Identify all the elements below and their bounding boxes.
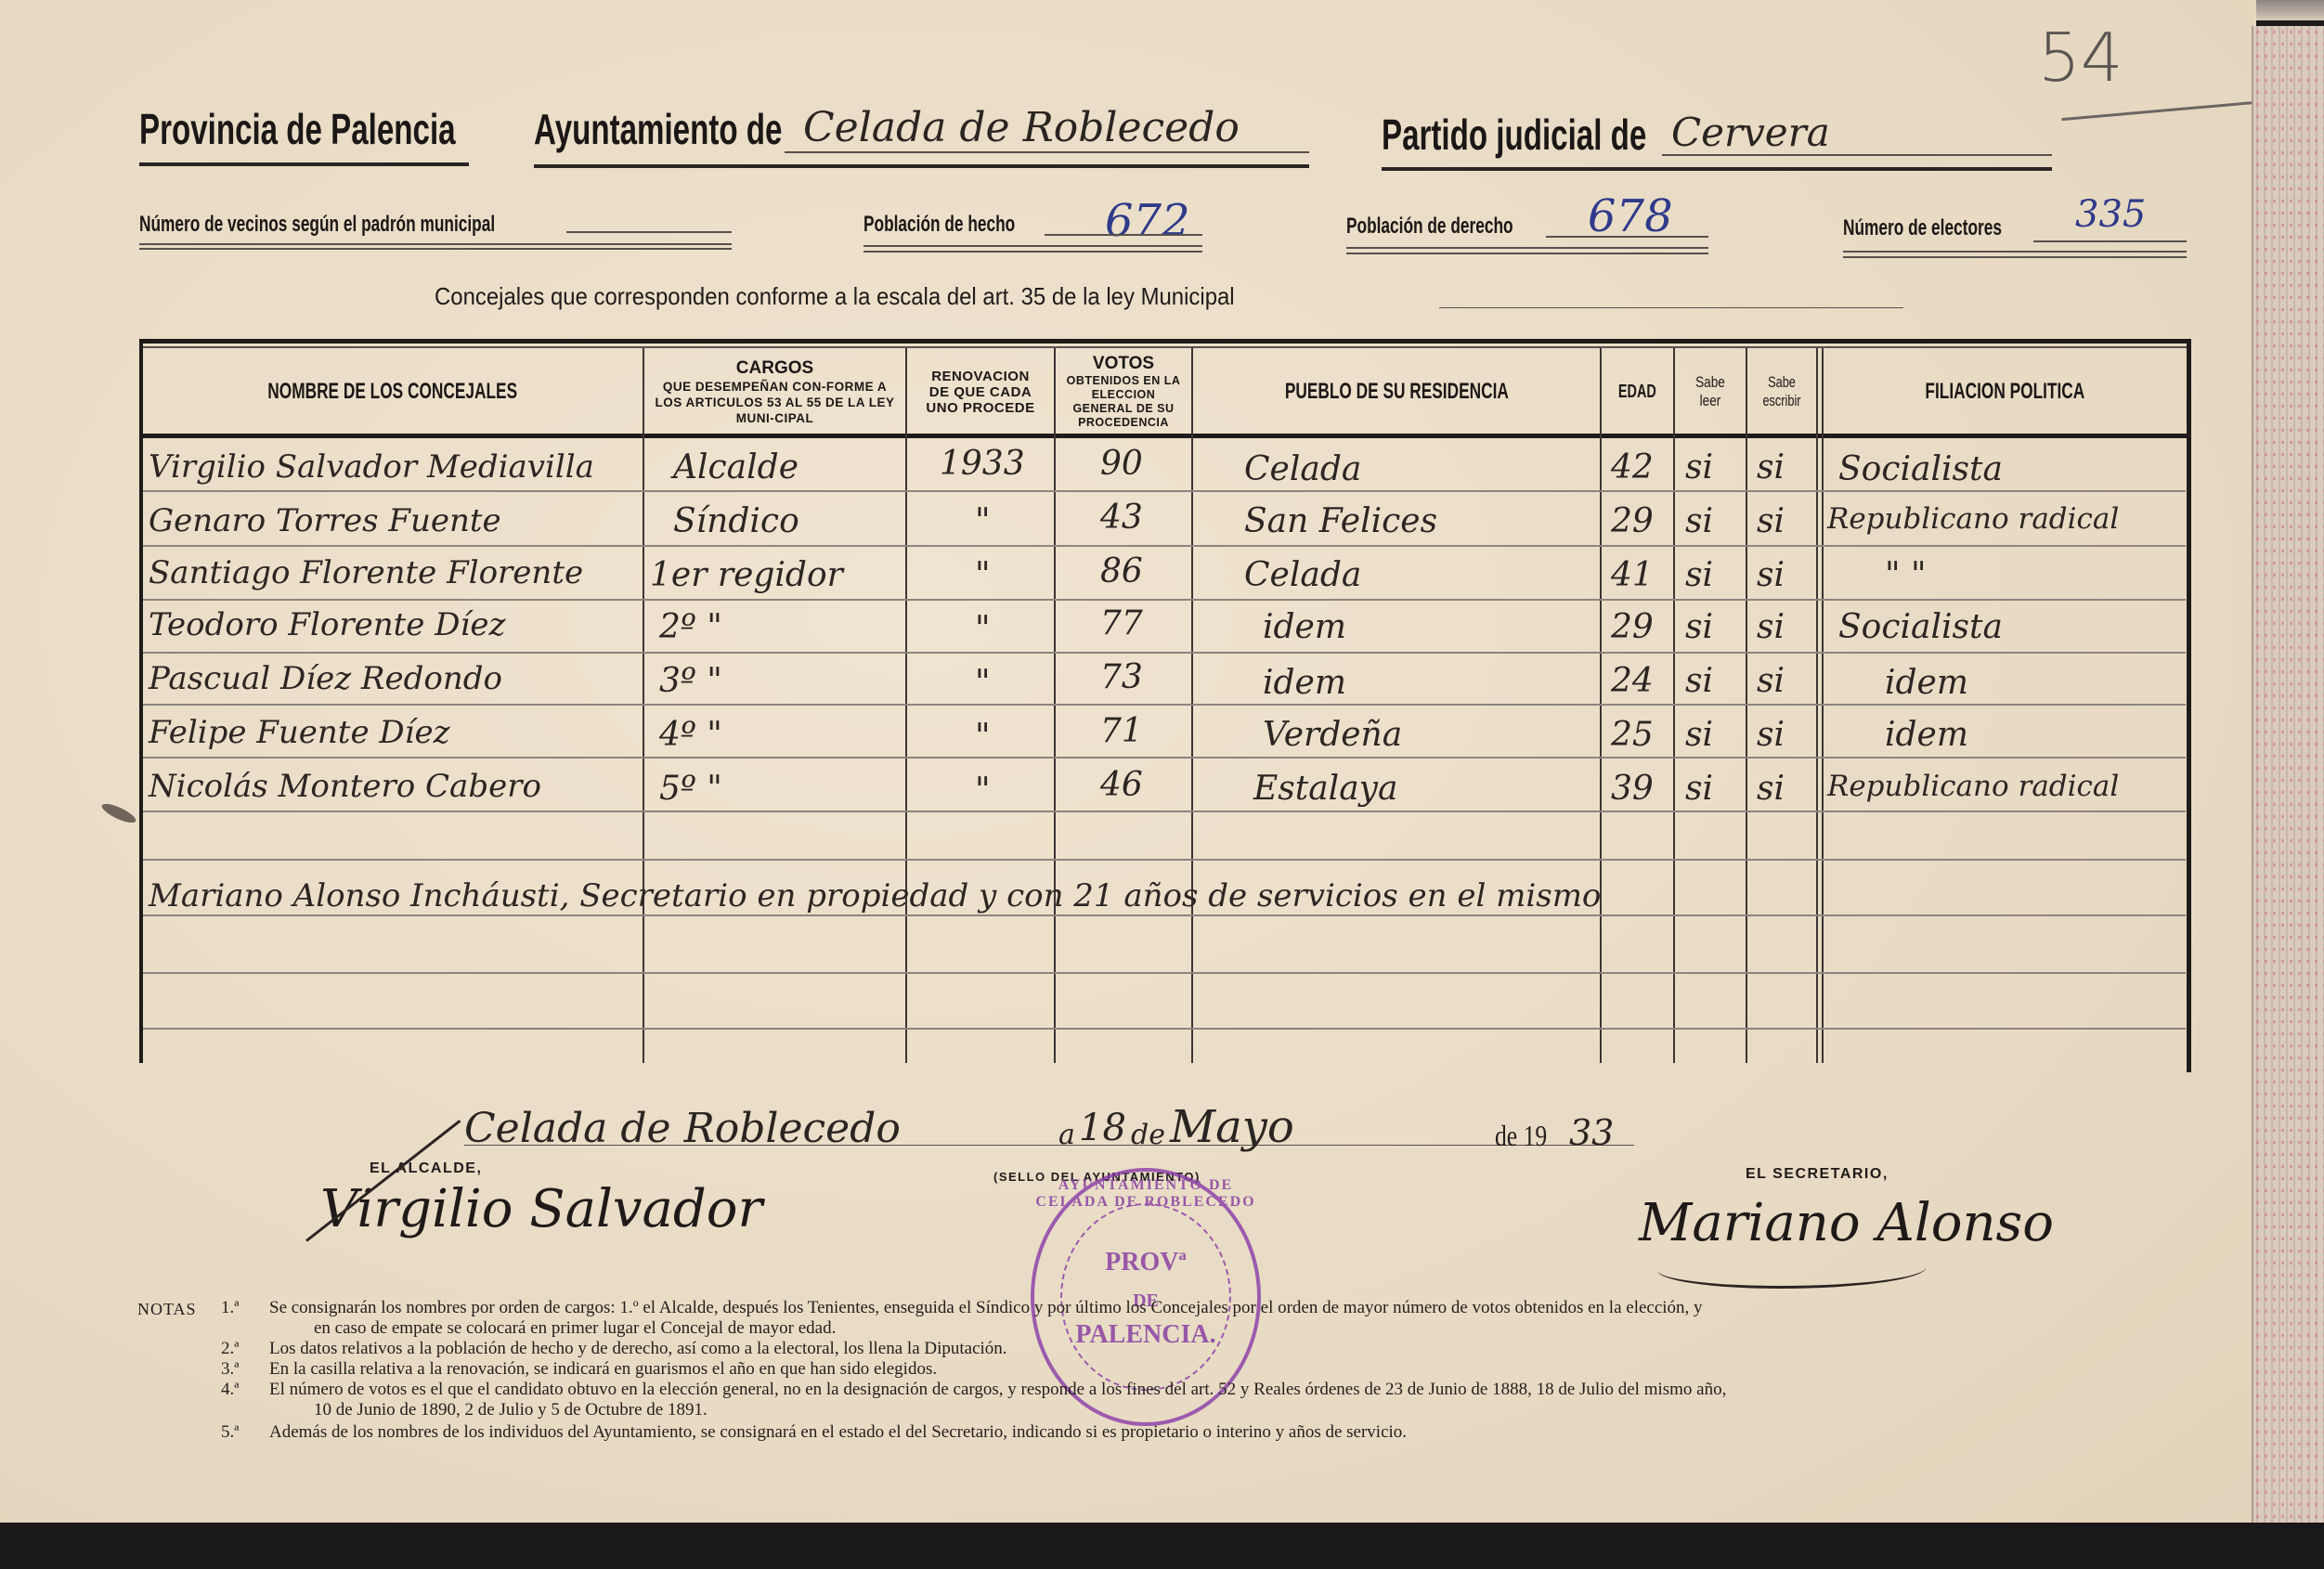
cell-pueblo: Verdeña (1263, 716, 1402, 754)
cell-edad: 29 (1611, 608, 1654, 646)
header-edad: EDAD (1602, 350, 1673, 434)
note-2-text: Los datos relativos a la población de he… (269, 1339, 1007, 1359)
row-rule (143, 652, 2186, 654)
cell-leer: si (1685, 608, 1713, 646)
document-page: 54 Provincia de Palencia Ayuntamiento de… (0, 0, 2256, 1532)
footer-year-suffix: 33 (1569, 1112, 1614, 1153)
cell-votos: 46 (1100, 766, 1143, 804)
vecinos-underline-2 (139, 248, 732, 250)
partido-value: Cervera (1671, 110, 1830, 155)
alcalde-label: EL ALCALDE, (370, 1161, 482, 1177)
table-top-border-2 (139, 346, 2191, 348)
cell-escribir: si (1757, 770, 1785, 808)
cell-votos: 43 (1100, 499, 1143, 537)
cell-renovacion: " (975, 556, 991, 594)
row-rule (143, 1028, 2186, 1030)
cell-nombre: Virgilio Salvador Mediavilla (149, 448, 594, 486)
note-4-num: 4.ª (221, 1380, 240, 1400)
ayuntamiento-value: Celada de Roblecedo (803, 104, 1240, 151)
cell-renovacion: " (975, 502, 991, 540)
partido-underline (1382, 167, 2052, 171)
cell-nombre: Genaro Torres Fuente (149, 502, 501, 539)
row-rule (143, 599, 2186, 601)
electores-underline-2 (1843, 256, 2187, 258)
derecho-field (1546, 236, 1708, 238)
cell-cargo: Alcalde (673, 448, 798, 486)
cell-edad: 42 (1611, 448, 1654, 486)
cell-nombre: Teodoro Florente Díez (149, 606, 505, 643)
col-sep (1673, 348, 1675, 1063)
row-rule (143, 545, 2186, 547)
note-4-text: El número de votos es el que el candidat… (269, 1380, 1726, 1400)
cell-leer: si (1685, 716, 1713, 754)
col-sep (643, 348, 644, 1063)
col-sep (1191, 348, 1193, 1063)
header-pueblo: PUEBLO DE SU RESIDENCIA (1193, 350, 1600, 434)
header-escribir-text: Sabe escribir (1761, 373, 1803, 410)
ayuntamiento-field-line (785, 151, 1309, 153)
cell-votos: 71 (1100, 712, 1143, 750)
footer-date-line (464, 1145, 1634, 1146)
ayuntamiento-label: Ayuntamiento de (534, 104, 782, 154)
cell-renovacion: 1933 (940, 445, 1025, 483)
cell-nombre: Santiago Florente Florente (149, 554, 583, 591)
note-2-num: 2.ª (221, 1339, 240, 1359)
cell-nombre: Pascual Díez Redondo (149, 660, 502, 697)
note-3-num: 3.ª (221, 1359, 240, 1380)
col-sep (1600, 348, 1602, 1063)
cell-escribir: si (1757, 448, 1785, 486)
cell-filiacion: idem (1885, 716, 1968, 754)
cell-escribir: si (1757, 556, 1785, 594)
cell-renovacion: " (975, 772, 991, 810)
cell-pueblo: idem (1263, 608, 1346, 646)
header-renovacion: RENOVACION DE QUE CADA UNO PROCEDE (907, 350, 1054, 434)
col-sep (1746, 348, 1747, 1063)
cell-cargo: 1er regidor (650, 556, 843, 594)
cell-filiacion: Republicano radical (1827, 770, 2119, 803)
footer-de: de (1131, 1119, 1165, 1151)
book-page-edges (2252, 26, 2324, 1549)
alcalde-signature: Virgilio Salvador (320, 1179, 762, 1239)
header-votos-sub: OBTENIDOS EN LA ELECCION GENERAL DE SU P… (1063, 374, 1184, 430)
note-4-cont: 10 de Junio de 1890, 2 de Julio y 5 de O… (314, 1400, 708, 1420)
header-votos: VOTOS OBTENIDOS EN LA ELECCION GENERAL D… (1056, 350, 1191, 434)
page-number: 54 (2038, 19, 2123, 97)
cell-filiacion: Socialista (1838, 450, 2003, 488)
note-5-num: 5.ª (221, 1422, 240, 1443)
table-right-border (2187, 339, 2191, 1072)
hecho-underline-2 (863, 251, 1202, 253)
cell-filiacion: Socialista (1838, 608, 2003, 646)
cell-nombre: Nicolás Montero Cabero (149, 768, 541, 805)
row-rule (143, 757, 2186, 759)
derecho-underline-2 (1346, 253, 1708, 254)
cell-filiacion: idem (1885, 664, 1968, 702)
ink-blot (99, 800, 137, 826)
cell-pueblo: Celada (1244, 556, 1361, 594)
cell-edad: 29 (1611, 502, 1654, 540)
cell-leer: si (1685, 448, 1713, 486)
footer-day: 18 (1079, 1107, 1126, 1149)
cell-pueblo: Celada (1244, 450, 1361, 488)
header-nombre-text: NOMBRE DE LOS CONCEJALES (268, 379, 518, 405)
concejales-field-line (1439, 307, 1903, 308)
row-rule (143, 972, 2186, 974)
cell-cargo: 5º " (659, 770, 722, 808)
footer-a: a (1058, 1119, 1075, 1151)
header-leer: Sabe leer (1675, 350, 1746, 434)
cell-escribir: si (1757, 502, 1785, 540)
hecho-field (1045, 234, 1202, 236)
cell-filiacion: Republicano radical (1827, 502, 2119, 536)
header-nombre: NOMBRE DE LOS CONCEJALES (143, 350, 643, 434)
scan-background (0, 1523, 2324, 1569)
concejales-table: NOMBRE DE LOS CONCEJALES CARGOS QUE DESE… (139, 339, 2191, 1068)
electores-label: Número de electores (1843, 215, 2002, 241)
col-sep (1816, 348, 1818, 1063)
cell-cargo: Síndico (673, 502, 799, 540)
provincia-title: Provincia de Palencia (139, 104, 456, 154)
row-rule (143, 810, 2186, 812)
concejales-heading: Concejales que corresponden conforme a l… (435, 282, 1235, 311)
table-header-border (139, 434, 2191, 438)
footer-year-prefix: de 19 (1495, 1119, 1547, 1153)
header-escribir: Sabe escribir (1747, 350, 1816, 434)
stamp-line3: PALENCIA. (1034, 1320, 1257, 1350)
ayuntamiento-underline (534, 164, 1309, 168)
partido-field-line (1662, 154, 2052, 156)
row-rule (143, 914, 2186, 916)
cell-votos: 90 (1100, 445, 1143, 483)
electores-field (2033, 240, 2187, 242)
header-votos-title: VOTOS (1093, 354, 1154, 374)
stamp-line1: PROVª (1034, 1248, 1257, 1277)
row-rule (143, 859, 2186, 861)
header-renovacion-text: RENOVACION DE QUE CADA UNO PROCEDE (920, 369, 1041, 416)
cell-cargo: 3º " (659, 662, 722, 700)
cell-escribir: si (1757, 662, 1785, 700)
table-left-border (139, 339, 143, 1063)
hecho-label: Población de hecho (863, 212, 1015, 238)
cell-cargo: 2º " (659, 608, 722, 646)
secretario-signature: Mariano Alonso (1639, 1193, 2054, 1253)
cell-leer: si (1685, 556, 1713, 594)
cell-leer: si (1685, 662, 1713, 700)
cell-pueblo: San Felices (1244, 502, 1437, 540)
secretario-flourish (1657, 1249, 1927, 1289)
note-5-text: Además de los nombres de los individuos … (269, 1422, 1407, 1443)
note-1-cont: en caso de empate se colocará en primer … (314, 1318, 836, 1339)
cell-edad: 39 (1611, 770, 1654, 808)
cell-escribir: si (1757, 608, 1785, 646)
derecho-value: 678 (1588, 190, 1673, 242)
footer-month: Mayo (1170, 1101, 1294, 1153)
derecho-label: Población de derecho (1346, 214, 1513, 240)
cell-pueblo: idem (1263, 664, 1346, 702)
cell-votos: 86 (1100, 552, 1143, 590)
note-3-text: En la casilla relativa a la renovación, … (269, 1359, 937, 1380)
row-rule (143, 704, 2186, 706)
header-edad-text: EDAD (1618, 382, 1656, 403)
hecho-value: 672 (1105, 195, 1190, 247)
col-sep (905, 348, 907, 1063)
header-leer-text: Sabe leer (1692, 373, 1729, 410)
cell-leer: si (1685, 502, 1713, 540)
cell-edad: 24 (1611, 662, 1654, 700)
cell-renovacion: " (975, 718, 991, 756)
electores-value: 335 (2075, 193, 2146, 236)
page-number-stroke (2061, 101, 2255, 121)
header-filiacion-text: FILIACION POLITICA (1925, 379, 2084, 405)
note-1-num: 1.ª (221, 1298, 240, 1318)
cell-pueblo: Estalaya (1253, 770, 1397, 808)
cell-edad: 25 (1611, 716, 1654, 754)
header-cargos-title: CARGOS (736, 358, 813, 379)
cell-escribir: si (1757, 716, 1785, 754)
derecho-underline (1346, 247, 1708, 249)
secretario-label: EL SECRETARIO, (1746, 1166, 1889, 1183)
cell-votos: 77 (1100, 604, 1143, 642)
vecinos-underline (139, 243, 732, 245)
header-cargos: CARGOS QUE DESEMPEÑAN CON-FORME A LOS AR… (644, 350, 905, 434)
hecho-underline (863, 245, 1202, 247)
notes-label: NOTAS (137, 1300, 197, 1319)
partido-label: Partido judicial de (1382, 110, 1646, 160)
cell-filiacion: " " (1885, 556, 1927, 594)
provincia-underline (139, 162, 469, 166)
table-top-border (139, 339, 2191, 344)
cell-cargo: 4º " (659, 716, 722, 754)
cell-renovacion: " (975, 610, 991, 648)
header-filiacion: FILIACION POLITICA (1824, 350, 2186, 434)
vecinos-field (566, 231, 732, 233)
cell-edad: 41 (1611, 556, 1654, 594)
cell-nombre: Felipe Fuente Díez (149, 714, 450, 751)
cell-leer: si (1685, 770, 1713, 808)
cell-renovacion: " (975, 664, 991, 702)
col-sep (1054, 348, 1056, 1063)
col-sep (1822, 348, 1824, 1063)
stamp-ring-text: AYUNTAMIENTO DE CELADA DE ROBLECEDO (1034, 1177, 1257, 1211)
cell-votos: 73 (1100, 658, 1143, 696)
electores-underline (1843, 251, 2187, 253)
row-rule (143, 490, 2186, 492)
header-cargos-sub: QUE DESEMPEÑAN CON-FORME A LOS ARTICULOS… (650, 379, 901, 426)
header-pueblo-text: PUEBLO DE SU RESIDENCIA (1285, 379, 1509, 405)
note-1-text: Se consignarán los nombres por orden de … (269, 1298, 1703, 1318)
secretary-row: Mariano Alonso Incháusti, Secretario en … (149, 877, 1601, 914)
vecinos-label: Número de vecinos según el padrón munici… (139, 212, 495, 238)
